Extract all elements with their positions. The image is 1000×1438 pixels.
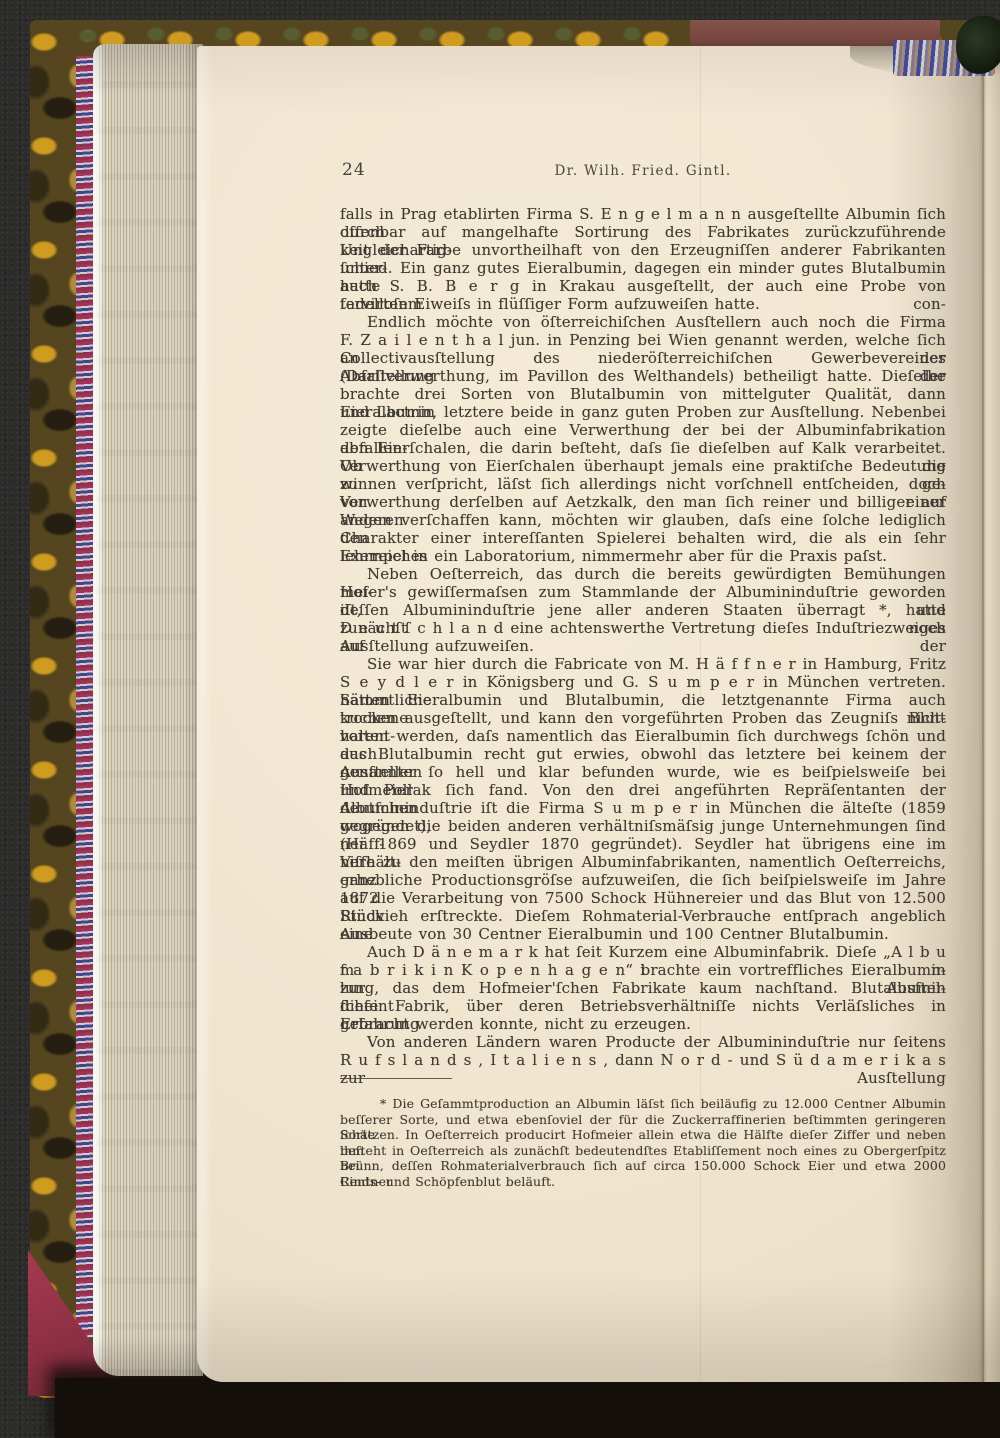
text-line: lung, das dem Hofmeier'ſchen Fabrikate k… — [340, 979, 946, 997]
footnote: * Die Geſammtproduction an Albumin läſst… — [340, 1096, 946, 1190]
text-line: S e y d l e r in Königsberg und G. S u m… — [340, 673, 946, 691]
text-line: zeigte dieſelbe auch eine Verwerthung de… — [340, 421, 946, 439]
paragraph: Neben Oeſterreich, das durch die bereits… — [340, 565, 946, 655]
text-line: ſchied. Ein ganz gutes Eieralbumin, dage… — [340, 259, 946, 277]
text-line: Verwerthung von Eierſchalen überhaupt je… — [340, 457, 946, 475]
top-right-dark-blob — [956, 16, 1000, 74]
text-line: und Pollak ſich fand. Von den drei angef… — [340, 781, 946, 799]
text-line: winnen verſpricht, läſst ſich allerdings… — [340, 475, 946, 493]
page-stack-edges — [93, 44, 203, 1376]
text-line: brachte drei Sorten von Blutalbumin von … — [340, 385, 946, 403]
paragraph: Auch D ä n e m a r k hat ſeit Kurzem ein… — [340, 943, 946, 1033]
footnote-line: Brünn, deſſen Rohmaterialverbrauch ſich … — [340, 1158, 946, 1174]
text-line: ner 1869 und Seydler 1870 gegründet). Se… — [340, 835, 946, 853]
paragraph: Von anderen Ländern waren Producte der A… — [340, 1033, 946, 1069]
text-line: Abfallverwerthung, im Pavillon des Welth… — [340, 367, 946, 385]
page-header: 24 Dr. Wilh. Fried. Gintl. — [340, 158, 946, 184]
footnote-line: * Die Geſammtproduction an Albumin läſst… — [340, 1096, 946, 1112]
text-line: und Lactrin, letztere beide in ganz gute… — [340, 403, 946, 421]
text-line: auch S. B. B e r g in Krakau ausgeſtellt… — [340, 277, 946, 295]
text-line: den Eierſchalen, die darin beſteht, daſs… — [340, 439, 946, 457]
text-line: Wegen verſchaffen kann, möchten wir glau… — [340, 511, 946, 529]
book-page: 24 Dr. Wilh. Fried. Gintl. falls in Prag… — [197, 46, 1000, 1382]
footnote-line: beſſerer Sorte, und etwa ebenſoviel der … — [340, 1112, 946, 1128]
text-line: kuchen ausgeſtellt, und kann den vorgefü… — [340, 709, 946, 727]
text-line: deſſen Albumininduſtrie jene aller ander… — [340, 601, 946, 619]
text-line: Sie war hier durch die Fabricate von M. … — [340, 655, 946, 673]
scan-background: 24 Dr. Wilh. Fried. Gintl. falls in Prag… — [0, 0, 1000, 1438]
text-line: erhebliche Productionsgröſse aufzuweiſen… — [340, 871, 946, 889]
text-line: Verwerthung derſelben auf Aetzkalk, den … — [340, 493, 946, 511]
gutter-crease — [982, 46, 984, 1382]
running-header: Dr. Wilh. Fried. Gintl. — [340, 158, 946, 179]
paragraph: Sie war hier durch die Fabricate von M. … — [340, 655, 946, 943]
text-line: dieſe Fabrik, über deren Betriebsverhält… — [340, 997, 946, 1015]
text-line: D e u t ſ c h l a n d eine achtenswerthe… — [340, 619, 946, 637]
text-line: keit der Farbe unvortheilhaft von den Er… — [340, 241, 946, 259]
text-line: Collectivausſtellung des niederöſterreic… — [340, 349, 946, 367]
text-line: Auch D ä n e m a r k hat ſeit Kurzem ein… — [340, 943, 946, 961]
text-line: Ausbeute von 30 Centner Eieralbumin und … — [340, 925, 946, 943]
text-line: f a b r i k i n K o p e n h a g e n“ bra… — [340, 961, 946, 979]
text-line: falls in Prag etablirten Firma S. E n g … — [340, 205, 946, 223]
text-line: auf die Verarbeitung von 7500 Schock Hüh… — [340, 889, 946, 907]
footnote-rule — [340, 1078, 452, 1079]
text-line: Endlich möchte von öſterreichiſchen Ausſ… — [340, 313, 946, 331]
text-line: offenbar auf mangelhafte Sortirung des F… — [340, 223, 946, 241]
book-bottom-shadow — [55, 1378, 1000, 1438]
text-line: wogegen die beiden anderen verhältniſsmä… — [340, 817, 946, 835]
paragraph: Endlich möchte von öſterreichiſchen Ausſ… — [340, 313, 946, 565]
text-line: halten werden, daſs namentlich das Eiera… — [340, 727, 946, 745]
footnote-line: ſchätzen. In Oeſterreich producirt Hofme… — [340, 1127, 946, 1143]
text-line: F. Z a i l e n t h a l jun. in Penzing b… — [340, 331, 946, 349]
text-line: meier's gewiſſermaſsen zum Stammlande de… — [340, 583, 946, 601]
text-line: Ausſteller ſo hell und klar befunden wur… — [340, 763, 946, 781]
text-line: gebracht werden konnte, nicht zu erzeuge… — [340, 1015, 946, 1033]
text-line: Neben Oeſterreich, das durch die bereits… — [340, 565, 946, 583]
page-number: 24 — [342, 160, 366, 180]
footnote-line: Rinds- und Schöpfenblut beläuft. — [340, 1174, 946, 1190]
text-line: Von anderen Ländern waren Producte der A… — [340, 1033, 946, 1051]
text-line: hatten Eieralbumin und Blutalbumin, die … — [340, 691, 946, 709]
text-line: Rindvieh erſtreckte. Dieſem Rohmaterial-… — [340, 907, 946, 925]
paragraph: falls in Prag etablirten Firma S. E n g … — [340, 205, 946, 313]
text-line: Albumininduſtrie iſt die Firma S u m p e… — [340, 799, 946, 817]
text-line: R u f s l a n d s , I t a l i e n s , da… — [340, 1051, 946, 1069]
body-text: falls in Prag etablirten Firma S. E n g … — [340, 205, 946, 1069]
text-line: niſſe zu den meiſten übrigen Albuminfabr… — [340, 853, 946, 871]
footnote-line: beſteht in Oeſterreich als zunächſt bede… — [340, 1143, 946, 1159]
text-line: Charakter einer intereſſanten Spielerei … — [340, 529, 946, 547]
text-line: Exempel in ein Laboratorium, nimmermehr … — [340, 547, 946, 565]
text-line: das Blutalbumin recht gut erwies, obwohl… — [340, 745, 946, 763]
